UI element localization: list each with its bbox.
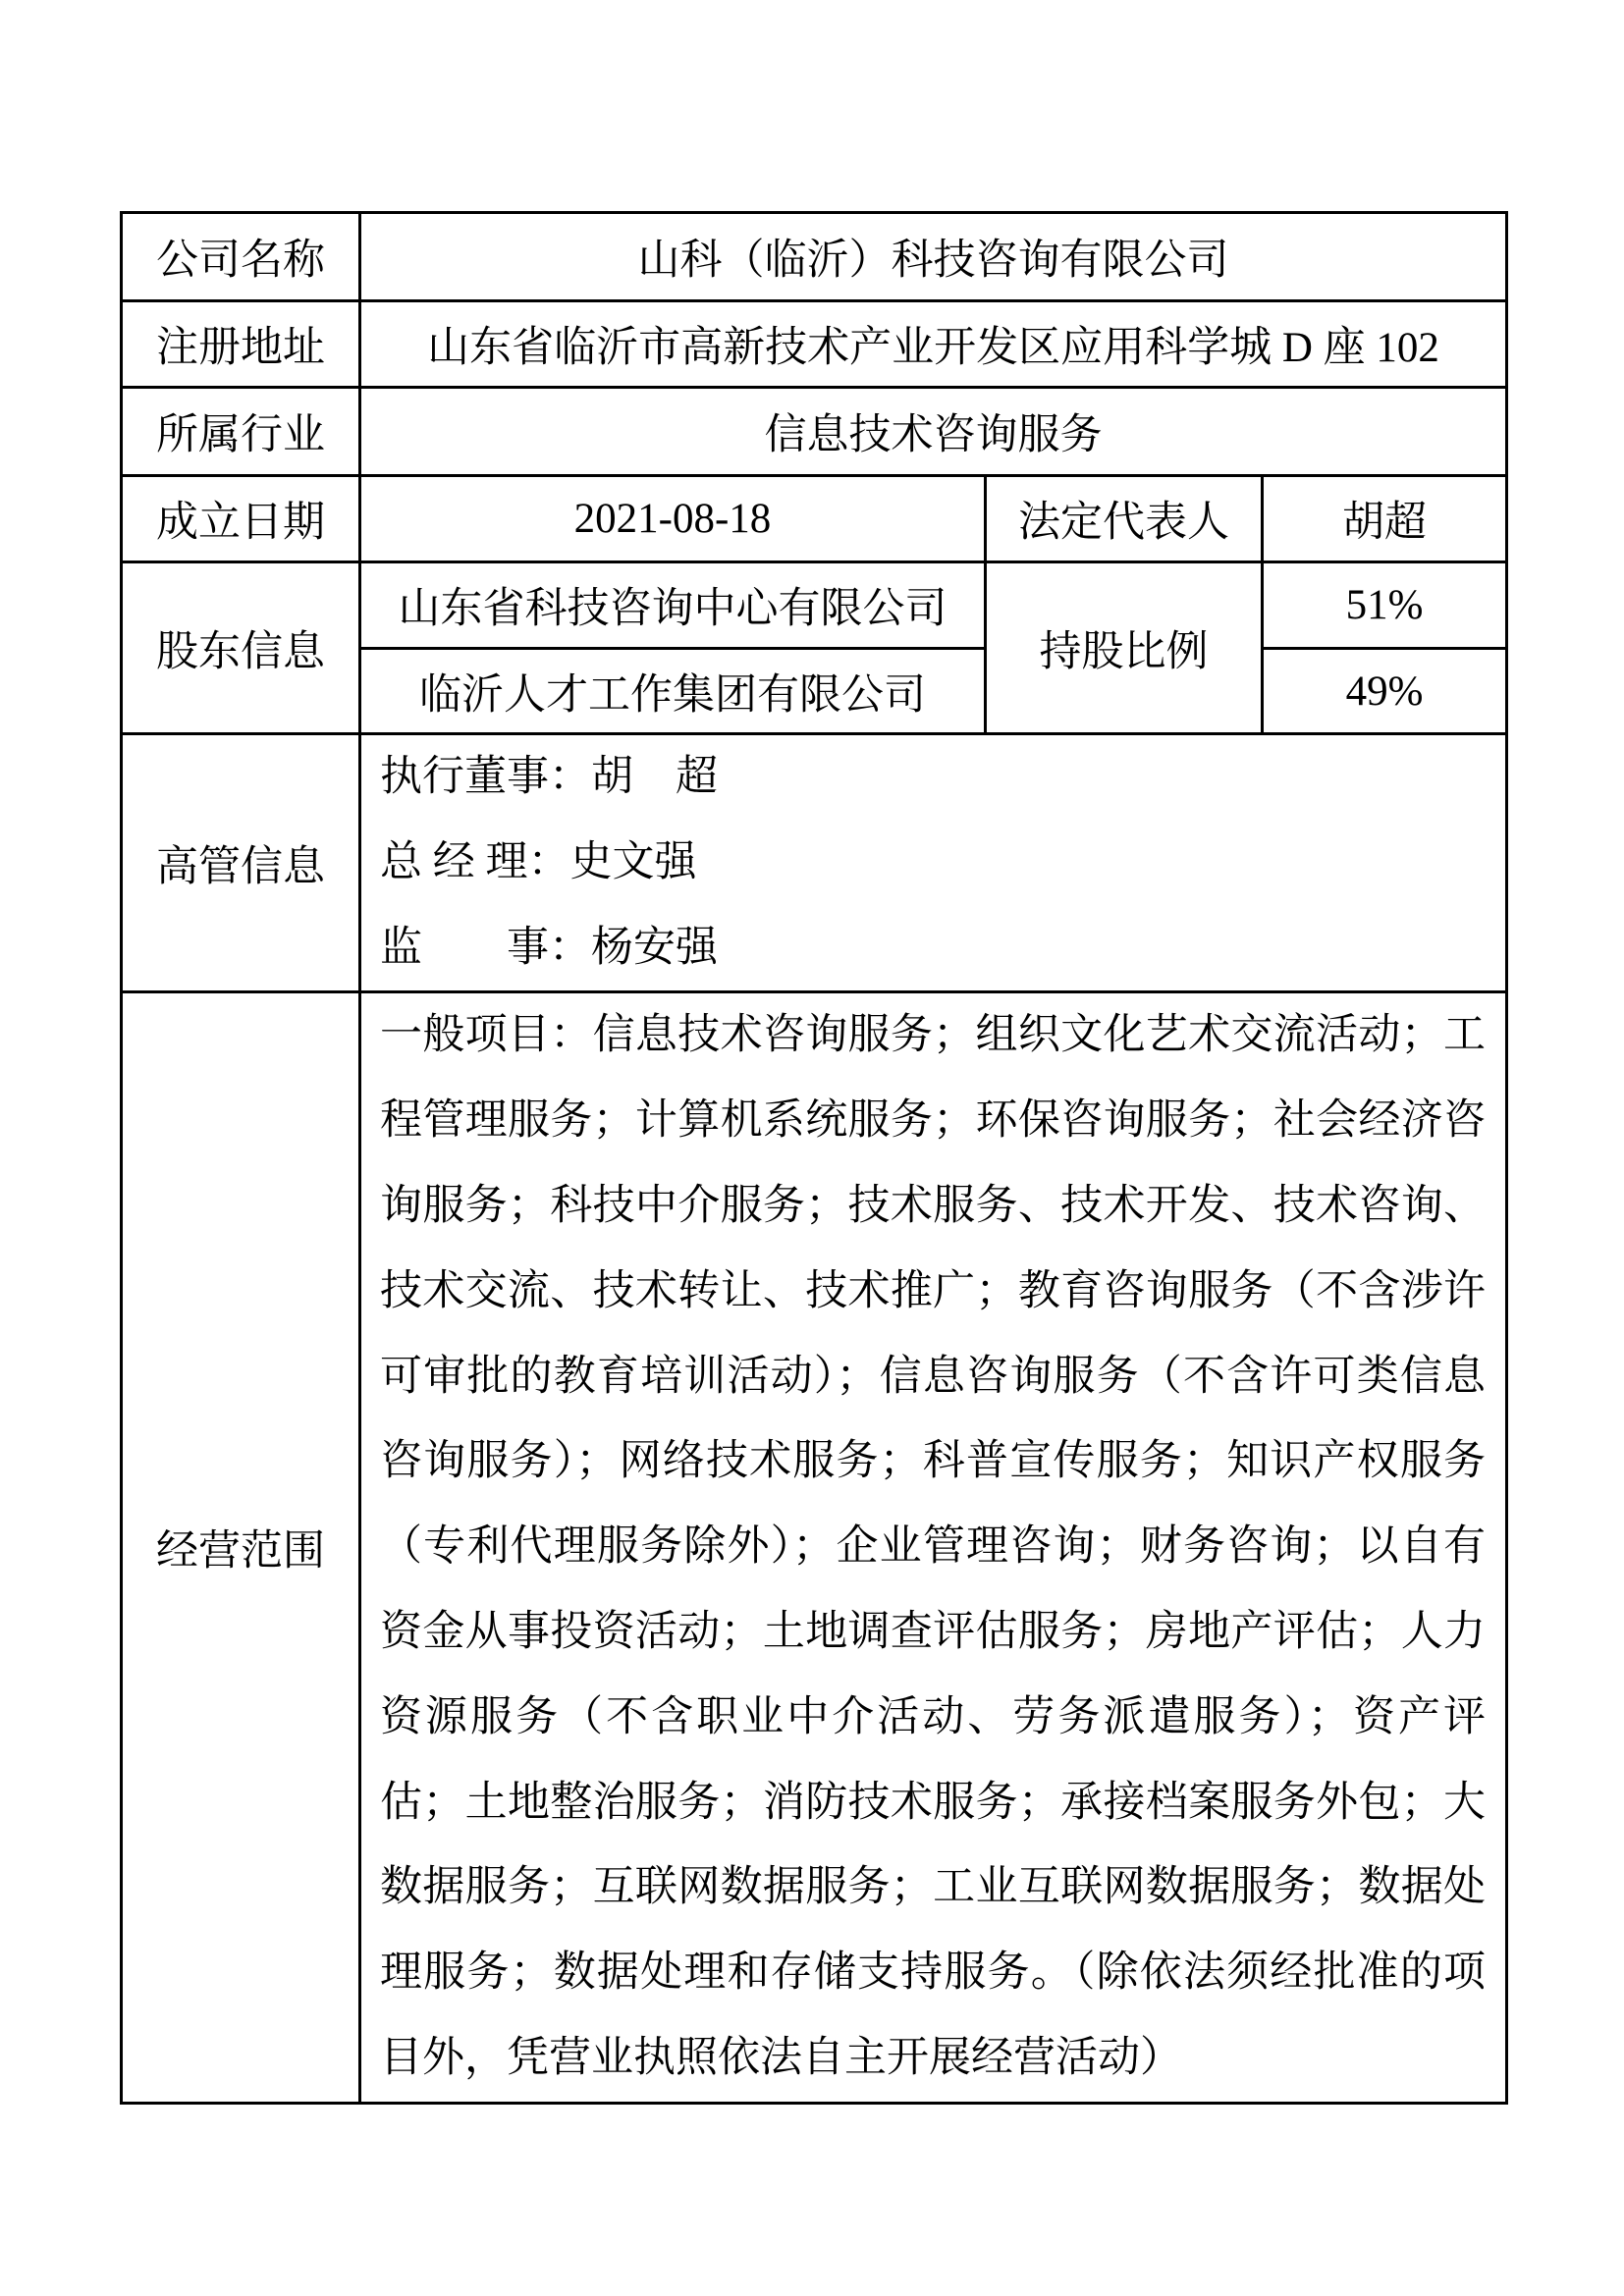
legal-representative-label: 法定代表人 — [986, 476, 1263, 562]
row-shareholder-1: 股东信息 山东省科技咨询中心有限公司 持股比例 51% — [122, 562, 1507, 649]
row-registered-address: 注册地址 山东省临沂市高新技术产业开发区应用科学城 D 座 102 — [122, 301, 1507, 388]
business-scope-text: 一般项目：信息技术咨询服务；组织文化艺术交流活动；工程管理服务；计算机系统服务；… — [380, 993, 1486, 2101]
company-name-label: 公司名称 — [122, 213, 360, 301]
industry-value: 信息技术咨询服务 — [360, 388, 1507, 476]
shareholder-1-ratio: 51% — [1263, 562, 1507, 649]
business-scope-value: 一般项目：信息技术咨询服务；组织文化艺术交流活动；工程管理服务；计算机系统服务；… — [360, 992, 1507, 2103]
shareholder-2-name: 临沂人才工作集团有限公司 — [360, 649, 986, 734]
shareholder-2-ratio: 49% — [1263, 649, 1507, 734]
company-name-value: 山科（临沂）科技咨询有限公司 — [360, 213, 1507, 301]
row-executives: 高管信息 执行董事：胡 超 总 经 理：史文强 监 事：杨安强 — [122, 734, 1507, 992]
shareholder-1-name: 山东省科技咨询中心有限公司 — [360, 562, 986, 649]
industry-label: 所属行业 — [122, 388, 360, 476]
executives-label: 高管信息 — [122, 734, 360, 992]
shareholding-ratio-label: 持股比例 — [986, 562, 1263, 734]
registered-address-label: 注册地址 — [122, 301, 360, 388]
company-info-table: 公司名称 山科（临沂）科技咨询有限公司 注册地址 山东省临沂市高新技术产业开发区… — [120, 211, 1508, 2105]
business-scope-label: 经营范围 — [122, 992, 360, 2103]
registered-address-value: 山东省临沂市高新技术产业开发区应用科学城 D 座 102 — [360, 301, 1507, 388]
executive-director-line: 执行董事：胡 超 — [380, 735, 1505, 821]
row-company-name: 公司名称 山科（临沂）科技咨询有限公司 — [122, 213, 1507, 301]
established-value: 2021-08-18 — [360, 476, 986, 562]
general-manager-line: 总 经 理：史文强 — [380, 821, 1505, 906]
legal-representative-value: 胡超 — [1263, 476, 1507, 562]
supervisor-line: 监 事：杨安强 — [380, 906, 1505, 991]
row-established: 成立日期 2021-08-18 法定代表人 胡超 — [122, 476, 1507, 562]
shareholders-label: 股东信息 — [122, 562, 360, 734]
executives-value: 执行董事：胡 超 总 经 理：史文强 监 事：杨安强 — [360, 734, 1507, 992]
row-business-scope: 经营范围 一般项目：信息技术咨询服务；组织文化艺术交流活动；工程管理服务；计算机… — [122, 992, 1507, 2103]
established-label: 成立日期 — [122, 476, 360, 562]
row-industry: 所属行业 信息技术咨询服务 — [122, 388, 1507, 476]
